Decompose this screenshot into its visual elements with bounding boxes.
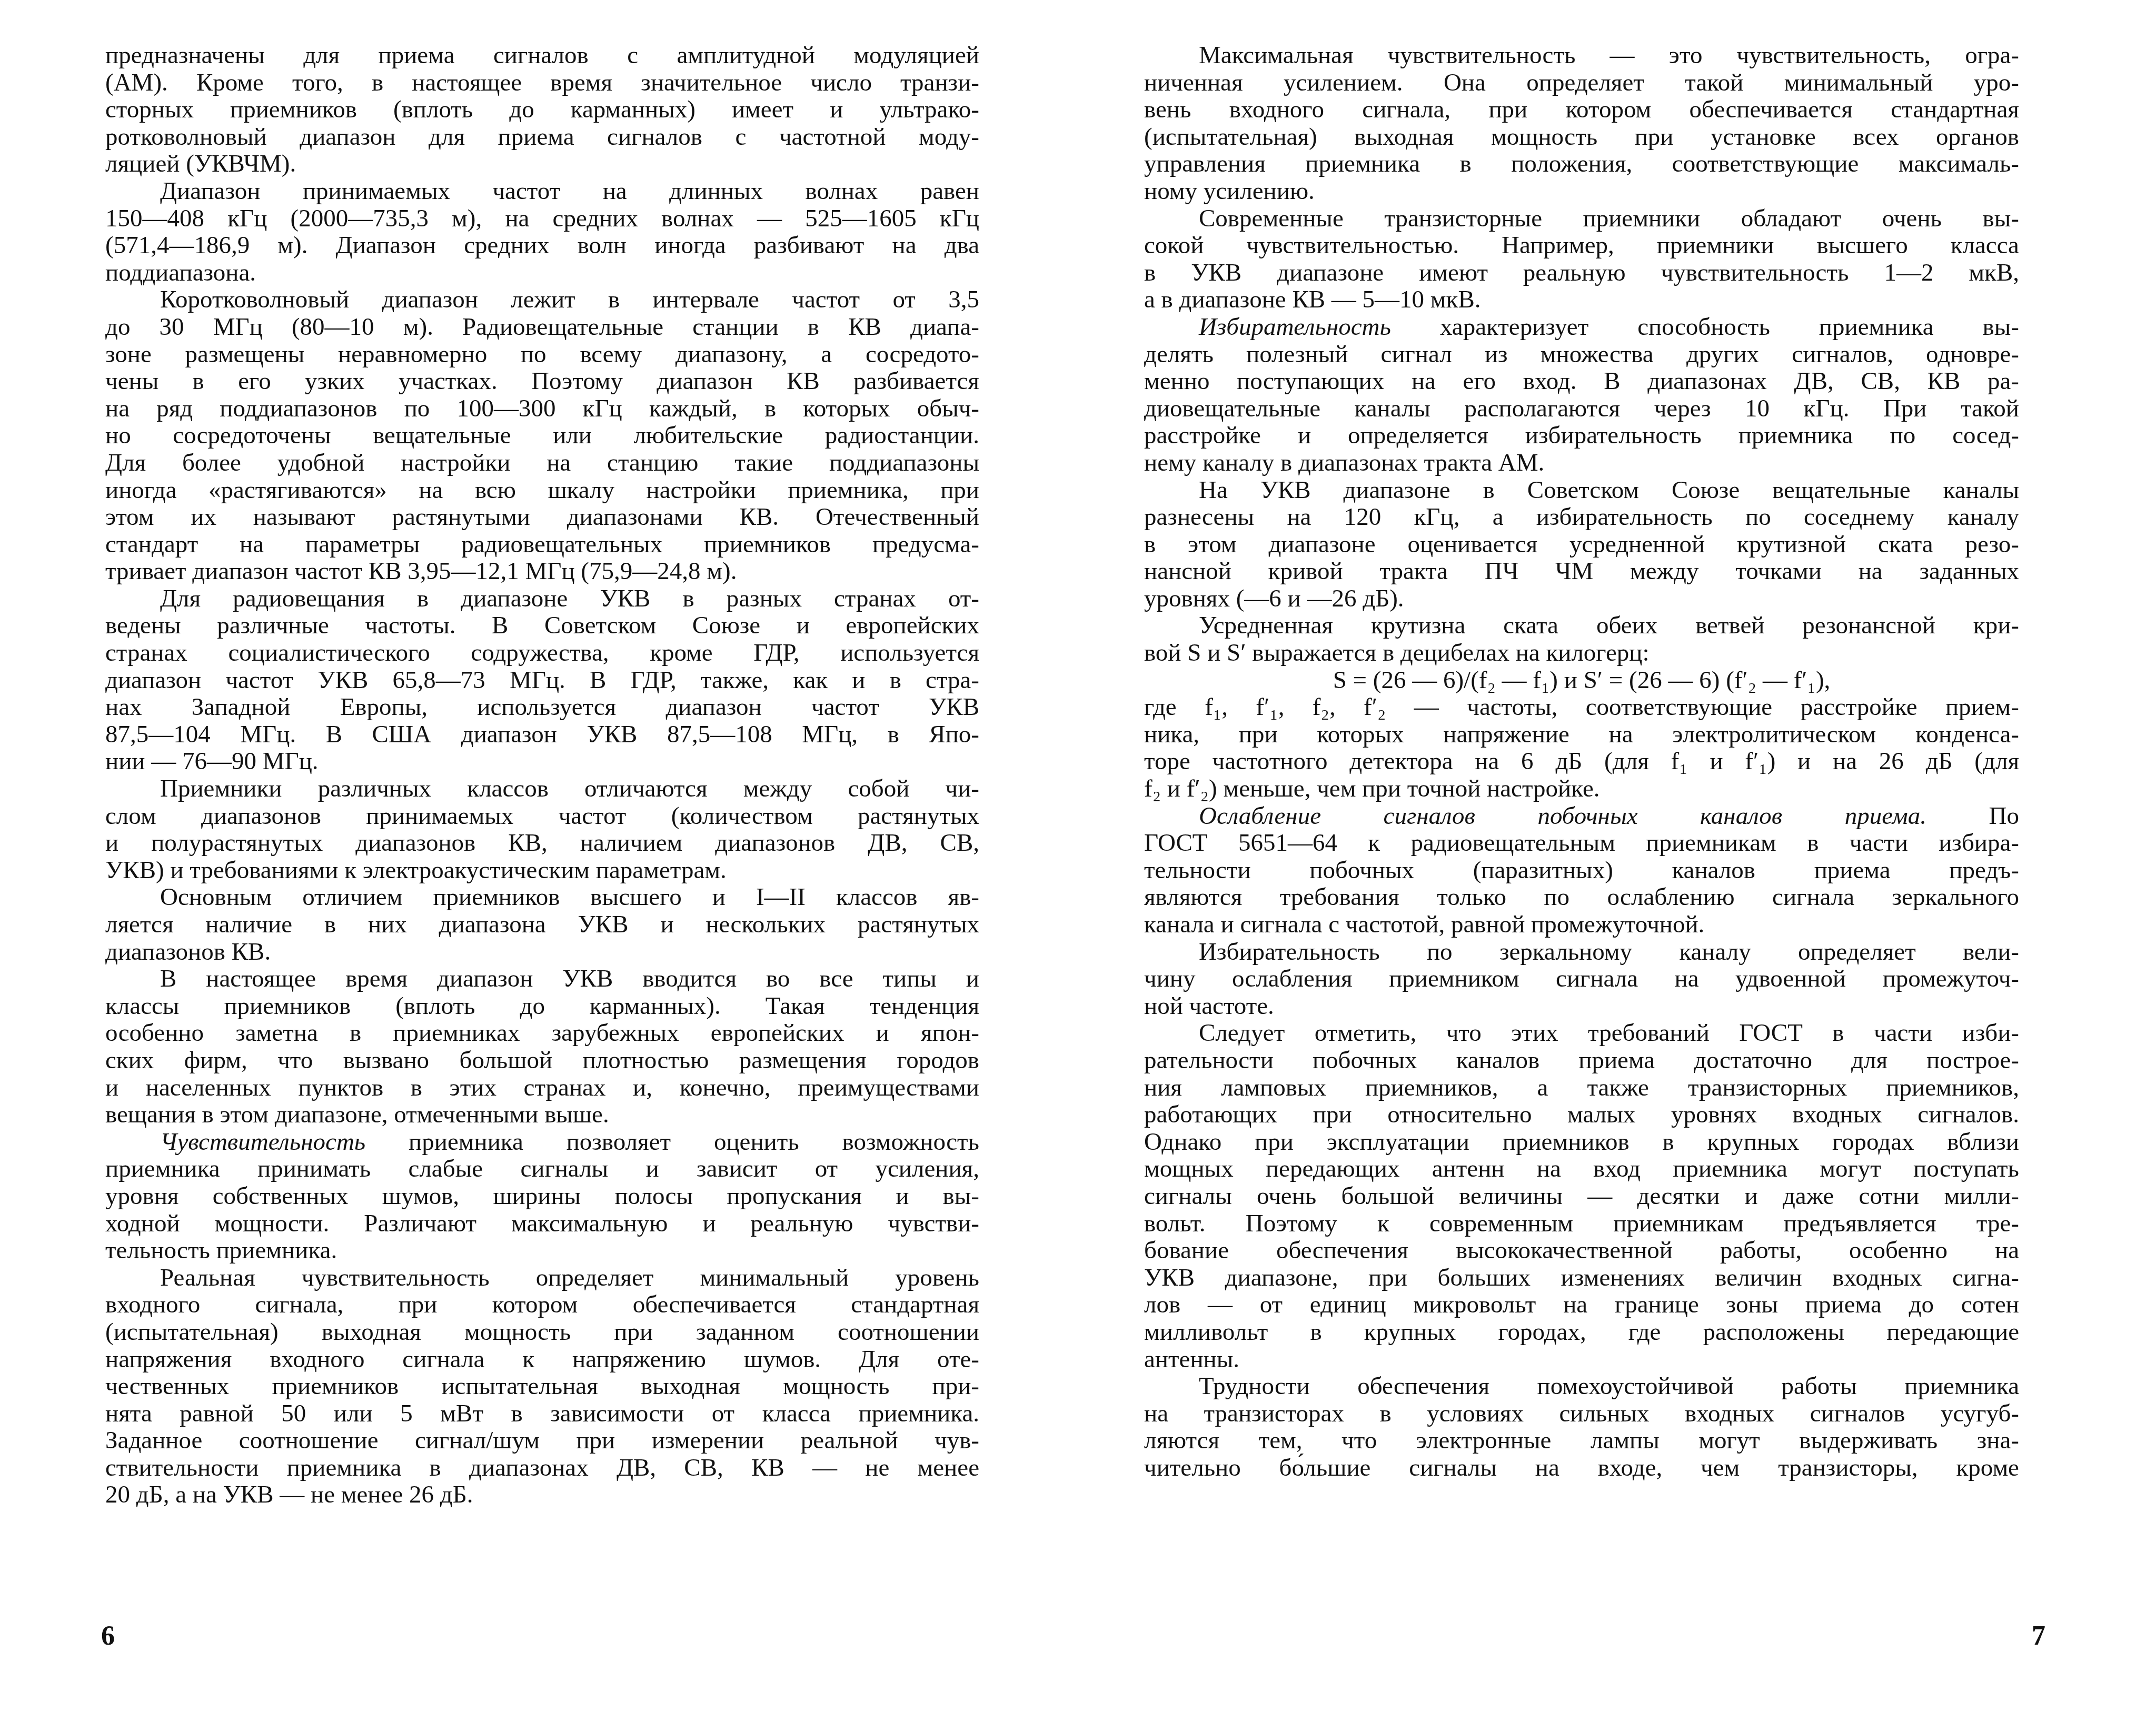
line-text: ских фирм, что вызвано большой плотность… [105, 1047, 979, 1074]
text-line: в УКВ диапазоне имеют реальную чувствите… [1144, 260, 2019, 287]
line-text: характеризует способность приемника вы- [1440, 313, 2019, 341]
text-line: ника, при которых напряжение на электрол… [1144, 721, 2019, 749]
text-line: ляются тем, что электронные лампы могут … [1144, 1427, 2019, 1455]
line-text: этом их называют растянутыми диапазонами… [105, 503, 979, 531]
line-text: сигналы очень большой величины — десятки… [1144, 1182, 2019, 1210]
line-text: (АМ). Кроме того, в настоящее время знач… [105, 69, 979, 96]
page-6: предназначены для приема сигналов с ампл… [0, 0, 1078, 1731]
line-text: антенны. [1144, 1346, 1239, 1373]
text-line: Для радиовещания в диапазоне УКВ в разны… [105, 585, 979, 613]
line-text: канала и сигнала с частотой, равной пром… [1144, 911, 1704, 938]
line-text: вольт. Поэтому к современным приемникам … [1144, 1210, 2019, 1237]
text-line: работающих при относительно малых уровня… [1144, 1101, 2019, 1129]
line-text: тельности побочных (паразитных) каналов … [1144, 857, 2019, 884]
line-text: в УКВ диапазоне имеют реальную чувствите… [1144, 259, 2019, 286]
line-text: ляются тем, что электронные лампы могут … [1144, 1427, 2019, 1454]
text-line: Диапазон принимаемых частот на длинных в… [105, 178, 979, 205]
text-line: в этом диапазоне оценивается усредненной… [1144, 531, 2019, 559]
text-line: Однако при эксплуатации приемников в кру… [1144, 1129, 2019, 1156]
line-text: Трудности обеспечения помехоустойчивой р… [1199, 1372, 2019, 1400]
text-line: чены в его узких участках. Поэтому диапа… [105, 368, 979, 395]
line-text: рательности побочных каналов приема дост… [1144, 1047, 2019, 1074]
line-text: делять полезный сигнал из множества друг… [1144, 341, 2019, 368]
text-line: классы приемников (вплоть до карманных).… [105, 993, 979, 1020]
text-line: слом диапазонов принимаемых частот (коли… [105, 803, 979, 830]
text-line: милливольт в крупных городах, где распол… [1144, 1319, 2019, 1346]
text-line: вень входного сигнала, при котором обесп… [1144, 96, 2019, 124]
line-text: диапазонов КВ. [105, 938, 271, 966]
text-line: нему каналу в диапазонах тракта АМ. [1144, 450, 2019, 477]
line-text: до 30 МГц (80—10 м). Радиовещательные ст… [105, 313, 979, 341]
line-text: ведены различные частоты. В Советском Со… [105, 612, 979, 639]
text-line: УКВ) и требованиями к электроакустически… [105, 857, 979, 884]
line-text: чественных приемников испытательная выхо… [105, 1372, 979, 1400]
text-line: ному усилению. [1144, 178, 2019, 205]
line-text: чены в его узких участках. Поэтому диапа… [105, 367, 979, 395]
line-text: зоне размещены неравномерно по всему диа… [105, 341, 979, 368]
text-line: вой S и S′ выражается в децибелах на кил… [1144, 640, 2019, 667]
text-line: стандарт на параметры радиовещательных п… [105, 531, 979, 559]
text-line: 20 дБ, а на УКВ — не менее 26 дБ. [105, 1481, 979, 1509]
line-text: Избирательность по зеркальному каналу оп… [1199, 938, 2019, 966]
text-line: управления приемника в положения, соотве… [1144, 151, 2019, 178]
line-text: входного сигнала, при котором обеспечива… [105, 1291, 979, 1318]
line-text: чительно бо́льшие сигналы на входе, чем … [1144, 1454, 2019, 1481]
text-line: напряжения входного сигнала к напряжению… [105, 1346, 979, 1374]
text-line: Чувствительность приемника позволяет оце… [105, 1129, 979, 1156]
line-text: Коротковолновый диапазон лежит в интерва… [160, 286, 979, 313]
text-line: ляется наличие в них диапазона УКВ и нес… [105, 911, 979, 939]
text-line: Коротковолновый диапазон лежит в интерва… [105, 286, 979, 314]
line-text: иногда «растягиваются» на всю шкалу наст… [105, 476, 979, 504]
text-line: делять полезный сигнал из множества друг… [1144, 341, 2019, 369]
page-number: 6 [101, 1620, 115, 1652]
text-line: диовещательные каналы располагаются чере… [1144, 395, 2019, 423]
text-line: предназначены для приема сигналов с ампл… [105, 42, 979, 69]
text-line: ной частоте. [1144, 993, 2019, 1020]
line-text: ника, при которых напряжение на электрол… [1144, 721, 2019, 748]
line-text: диовещательные каналы располагаются чере… [1144, 395, 2019, 422]
line-text: вой S и S′ выражается в децибелах на кил… [1144, 639, 1650, 666]
text-line: нята равной 50 или 5 мВт в зависимости о… [105, 1400, 979, 1428]
text-line: Ослабление сигналов побочных каналов при… [1144, 803, 2019, 830]
line-text: милливольт в крупных городах, где распол… [1144, 1318, 2019, 1346]
text-line: где f₁, f′₁, f₂, f′₂ — частоты, соответс… [1144, 694, 2019, 721]
text-line: торе частотного детектора на 6 дБ (для f… [1144, 748, 2019, 775]
line-text: слом диапазонов принимаемых частот (коли… [105, 802, 979, 830]
text-line: На УКВ диапазоне в Советском Союзе вещат… [1144, 477, 2019, 504]
text-line: Основным отличием приемников высшего и I… [105, 884, 979, 911]
line-text: вещания в этом диапазоне, отмеченными вы… [105, 1101, 609, 1128]
text-line: поддиапазона. [105, 260, 979, 287]
text-line: тривает диапазон частот КВ 3,95—12,1 МГц… [105, 558, 979, 585]
text-line: мощных передающих антенн на вход приемни… [1144, 1156, 2019, 1183]
text-column-page-6: предназначены для приема сигналов с ампл… [105, 42, 979, 1509]
text-line: УКВ диапазоне, при больших изменениях ве… [1144, 1265, 2019, 1292]
line-text: странах социалистического содружества, к… [105, 639, 979, 666]
text-line: Избирательность по зеркальному каналу оп… [1144, 939, 2019, 966]
line-text: на ряд поддиапазонов по 100—300 кГц кажд… [105, 395, 979, 422]
italic-term: Чувствительность [160, 1128, 365, 1156]
line-text: на транзисторах в условиях сильных входн… [1144, 1400, 2019, 1427]
text-line: но сосредоточены вещательные или любител… [105, 422, 979, 450]
text-line: (испытательная) выходная мощность при ус… [1144, 124, 2019, 151]
line-text: напряжения входного сигнала к напряжению… [105, 1346, 979, 1373]
line-text: (испытательная) выходная мощность при за… [105, 1318, 979, 1346]
line-text: нансной кривой тракта ПЧ ЧМ между точкам… [1144, 558, 2019, 585]
line-text: S = (26 — 6)/(f₂ — f₁) и S′ = (26 — 6) (… [1333, 666, 1831, 694]
line-text: ному усилению. [1144, 177, 1315, 205]
text-line: сторных приемников (вплоть до карманных)… [105, 96, 979, 124]
text-line: Следует отметить, что этих требований ГО… [1144, 1020, 2019, 1047]
text-line: и полурастянутых диапазонов КВ, наличием… [105, 830, 979, 857]
text-line: сигналы очень большой величины — десятки… [1144, 1183, 2019, 1210]
line-text: приемника принимать слабые сигналы и зав… [105, 1155, 979, 1182]
text-line: Усредненная крутизна ската обеих ветвей … [1144, 612, 2019, 640]
line-text: в этом диапазоне оценивается усредненной… [1144, 531, 2019, 558]
line-text: нята равной 50 или 5 мВт в зависимости о… [105, 1400, 979, 1427]
line-text: Усредненная крутизна ската обеих ветвей … [1199, 612, 2019, 639]
line-text: УКВ диапазоне, при больших изменениях ве… [1144, 1264, 2019, 1291]
text-line: Для более удобной настройки на станцию т… [105, 450, 979, 477]
text-line: (АМ). Кроме того, в настоящее время знач… [105, 69, 979, 97]
line-text: являются требования только по ослаблению… [1144, 883, 2019, 911]
text-line: диапазонов КВ. [105, 939, 979, 966]
text-line: зоне размещены неравномерно по всему диа… [105, 341, 979, 369]
italic-term: Ослабление сигналов побочных каналов при… [1199, 802, 1926, 830]
text-line: являются требования только по ослаблению… [1144, 884, 2019, 911]
line-text: УКВ) и требованиями к электроакустически… [105, 857, 727, 884]
text-line: В настоящее время диапазон УКВ вводится … [105, 966, 979, 993]
text-line: ляцией (УКВЧМ). [105, 151, 979, 178]
line-text: Максимальная чувствительность — это чувс… [1199, 42, 2019, 69]
text-line: ротковолновый диапазон для приема сигнал… [105, 124, 979, 151]
text-line: тельности побочных (паразитных) каналов … [1144, 857, 2019, 884]
line-text: особенно заметна в приемниках зарубежных… [105, 1019, 979, 1047]
text-line: приемника принимать слабые сигналы и зав… [105, 1156, 979, 1183]
text-line: до 30 МГц (80—10 м). Радиовещательные ст… [105, 314, 979, 341]
line-text: 150—408 кГц (2000—735,3 м), на средних в… [105, 205, 979, 232]
text-line: на ряд поддиапазонов по 100—300 кГц кажд… [105, 395, 979, 423]
line-text: Для более удобной настройки на станцию т… [105, 449, 979, 476]
line-text: На УКВ диапазоне в Советском Союзе вещат… [1199, 476, 2019, 504]
line-text: Реальная чувствительность определяет мин… [160, 1264, 979, 1291]
line-text: диапазон частот УКВ 65,8—73 МГц. В ГДР, … [105, 666, 979, 694]
italic-term: Избирательность [1199, 313, 1391, 341]
text-line: уровнях (—6 и —26 дБ). [1144, 585, 2019, 613]
text-line: канала и сигнала с частотой, равной пром… [1144, 911, 2019, 939]
text-line: ствительности приемника в диапазонах ДВ,… [105, 1455, 979, 1482]
text-line: сокой чувствительностью. Например, прием… [1144, 232, 2019, 260]
line-text: стандарт на параметры радиовещательных п… [105, 531, 979, 558]
line-text: чину ослабления приемником сигнала на уд… [1144, 965, 2019, 992]
line-text: уровнях (—6 и —26 дБ). [1144, 585, 1404, 612]
text-line: рательности побочных каналов приема дост… [1144, 1047, 2019, 1075]
line-text: ствительности приемника в диапазонах ДВ,… [105, 1454, 979, 1481]
text-line: Трудности обеспечения помехоустойчивой р… [1144, 1373, 2019, 1400]
line-text: ниченная усилением. Она определяет такой… [1144, 69, 2019, 96]
line-text: Диапазон принимаемых частот на длинных в… [160, 177, 979, 205]
text-line: вещания в этом диапазоне, отмеченными вы… [105, 1101, 979, 1129]
text-line: особенно заметна в приемниках зарубежных… [105, 1020, 979, 1047]
line-text: торе частотного детектора на 6 дБ (для f… [1144, 748, 2019, 775]
text-line: f₂ и f′₂) меньше, чем при точной настрой… [1144, 775, 2019, 803]
page-7: Максимальная чувствительность — это чувс… [1078, 0, 2156, 1731]
line-text: 87,5—104 МГц. В США диапазон УКВ 87,5—10… [105, 721, 979, 748]
text-line: Заданное соотношение сигнал/шум при изме… [105, 1427, 979, 1455]
text-line: иногда «растягиваются» на всю шкалу наст… [105, 477, 979, 504]
text-line: входного сигнала, при котором обеспечива… [105, 1291, 979, 1319]
line-text: управления приемника в положения, соотве… [1144, 150, 2019, 177]
text-line: Приемники различных классов отличаются м… [105, 775, 979, 803]
line-text: Основным отличием приемников высшего и I… [160, 883, 979, 911]
text-line: Реальная чувствительность определяет мин… [105, 1265, 979, 1292]
line-text: приемника позволяет оценить возможность [409, 1128, 979, 1156]
line-text: нах Западной Европы, используется диапаз… [105, 693, 979, 721]
formula-line: S = (26 — 6)/(f₂ — f₁) и S′ = (26 — 6) (… [1144, 667, 2019, 694]
line-text: и полурастянутых диапазонов КВ, наличием… [105, 829, 979, 857]
line-text: тельность приемника. [105, 1237, 337, 1264]
line-text: нему каналу в диапазонах тракта АМ. [1144, 449, 1544, 476]
line-text: ляцией (УКВЧМ). [105, 150, 296, 177]
text-line: (испытательная) выходная мощность при за… [105, 1319, 979, 1346]
line-text: 20 дБ, а на УКВ — не менее 26 дБ. [105, 1481, 473, 1508]
text-line: чественных приемников испытательная выхо… [105, 1373, 979, 1400]
text-line: лов — от единиц микровольт на границе зо… [1144, 1291, 2019, 1319]
text-line: Максимальная чувствительность — это чувс… [1144, 42, 2019, 69]
line-text: Однако при эксплуатации приемников в кру… [1144, 1128, 2019, 1156]
line-text: сторных приемников (вплоть до карманных)… [105, 96, 979, 123]
text-line: Избирательность характеризует способност… [1144, 314, 2019, 341]
text-line: бование обеспечения высококачественной р… [1144, 1237, 2019, 1265]
text-line: Современные транзисторные приемники обла… [1144, 205, 2019, 233]
line-text: нии — 76—90 МГц. [105, 748, 319, 775]
text-line: (571,4—186,9 м). Диапазон средних волн и… [105, 232, 979, 260]
text-line: ГОСТ 5651—64 к радиовещательным приемник… [1144, 830, 2019, 857]
text-line: ходной мощности. Различают максимальную … [105, 1210, 979, 1238]
text-line: ведены различные частоты. В Советском Со… [105, 612, 979, 640]
text-line: диапазон частот УКВ 65,8—73 МГц. В ГДР, … [105, 667, 979, 694]
line-text: лов — от единиц микровольт на границе зо… [1144, 1291, 2019, 1318]
line-text: ния ламповых приемников, а также транзис… [1144, 1074, 2019, 1101]
text-column-page-7: Максимальная чувствительность — это чувс… [1144, 42, 2019, 1481]
line-text: а в диапазоне КВ — 5—10 мкВ. [1144, 286, 1481, 313]
page-number: 7 [2032, 1620, 2045, 1652]
text-line: чину ослабления приемником сигнала на уд… [1144, 966, 2019, 993]
line-text: уровня собственных шумов, ширины полосы … [105, 1182, 979, 1210]
text-line: вольт. Поэтому к современным приемникам … [1144, 1210, 2019, 1238]
line-text: ной частоте. [1144, 992, 1274, 1020]
text-line: 150—408 кГц (2000—735,3 м), на средних в… [105, 205, 979, 233]
line-text: расстройке и определяется избирательност… [1144, 422, 2019, 449]
text-line: уровня собственных шумов, ширины полосы … [105, 1183, 979, 1210]
text-line: на транзисторах в условиях сильных входн… [1144, 1400, 2019, 1428]
text-line: чительно бо́льшие сигналы на входе, чем … [1144, 1455, 2019, 1482]
text-line: а в диапазоне КВ — 5—10 мкВ. [1144, 286, 2019, 314]
text-line: расстройке и определяется избирательност… [1144, 422, 2019, 450]
line-text: Современные транзисторные приемники обла… [1199, 205, 2019, 232]
line-text: Следует отметить, что этих требований ГО… [1199, 1019, 2019, 1047]
line-text: разнесены на 120 кГц, а избирательность … [1144, 503, 2019, 531]
text-line: нансной кривой тракта ПЧ ЧМ между точкам… [1144, 558, 2019, 585]
text-line: тельность приемника. [105, 1237, 979, 1265]
line-text: и населенных пунктов в этих странах и, к… [105, 1074, 979, 1101]
line-text: мощных передающих антенн на вход приемни… [1144, 1155, 2019, 1182]
text-line: и населенных пунктов в этих странах и, к… [105, 1075, 979, 1102]
line-text: (571,4—186,9 м). Диапазон средних волн и… [105, 232, 979, 259]
text-line: нии — 76—90 МГц. [105, 748, 979, 775]
line-text: где f₁, f′₁, f₂, f′₂ — частоты, соответс… [1144, 693, 2019, 721]
line-text: бование обеспечения высококачественной р… [1144, 1237, 2019, 1264]
line-text: но сосредоточены вещательные или любител… [105, 422, 979, 449]
text-line: этом их называют растянутыми диапазонами… [105, 504, 979, 531]
line-text: Для радиовещания в диапазоне УКВ в разны… [160, 585, 979, 612]
text-line: 87,5—104 МГц. В США диапазон УКВ 87,5—10… [105, 721, 979, 749]
line-text: вень входного сигнала, при котором обесп… [1144, 96, 2019, 123]
line-text: поддиапазона. [105, 259, 256, 286]
text-line: ния ламповых приемников, а также транзис… [1144, 1075, 2019, 1102]
line-text: ходной мощности. Различают максимальную … [105, 1210, 979, 1237]
line-text: предназначены для приема сигналов с ампл… [105, 42, 979, 69]
line-text: тривает диапазон частот КВ 3,95—12,1 МГц… [105, 558, 737, 585]
line-text: менно поступающих на его вход. В диапазо… [1144, 367, 2019, 395]
text-line: менно поступающих на его вход. В диапазо… [1144, 368, 2019, 395]
text-line: странах социалистического содружества, к… [105, 640, 979, 667]
line-text: По [1989, 802, 2019, 830]
text-line: разнесены на 120 кГц, а избирательность … [1144, 504, 2019, 531]
line-text: ГОСТ 5651—64 к радиовещательным приемник… [1144, 829, 2019, 857]
line-text: ляется наличие в них диапазона УКВ и нес… [105, 911, 979, 938]
line-text: f₂ и f′₂) меньше, чем при точной настрой… [1144, 775, 1600, 802]
line-text: Приемники различных классов отличаются м… [160, 775, 979, 802]
line-text: Заданное соотношение сигнал/шум при изме… [105, 1427, 979, 1454]
line-text: В настоящее время диапазон УКВ вводится … [160, 965, 979, 992]
line-text: работающих при относительно малых уровня… [1144, 1101, 2019, 1128]
line-text: ротковолновый диапазон для приема сигнал… [105, 123, 979, 151]
text-line: антенны. [1144, 1346, 2019, 1374]
line-text: классы приемников (вплоть до карманных).… [105, 992, 979, 1020]
text-line: нах Западной Европы, используется диапаз… [105, 694, 979, 721]
line-text: (испытательная) выходная мощность при ус… [1144, 123, 2019, 151]
text-line: ниченная усилением. Она определяет такой… [1144, 69, 2019, 97]
text-line: ских фирм, что вызвано большой плотность… [105, 1047, 979, 1075]
line-text: сокой чувствительностью. Например, прием… [1144, 232, 2019, 259]
